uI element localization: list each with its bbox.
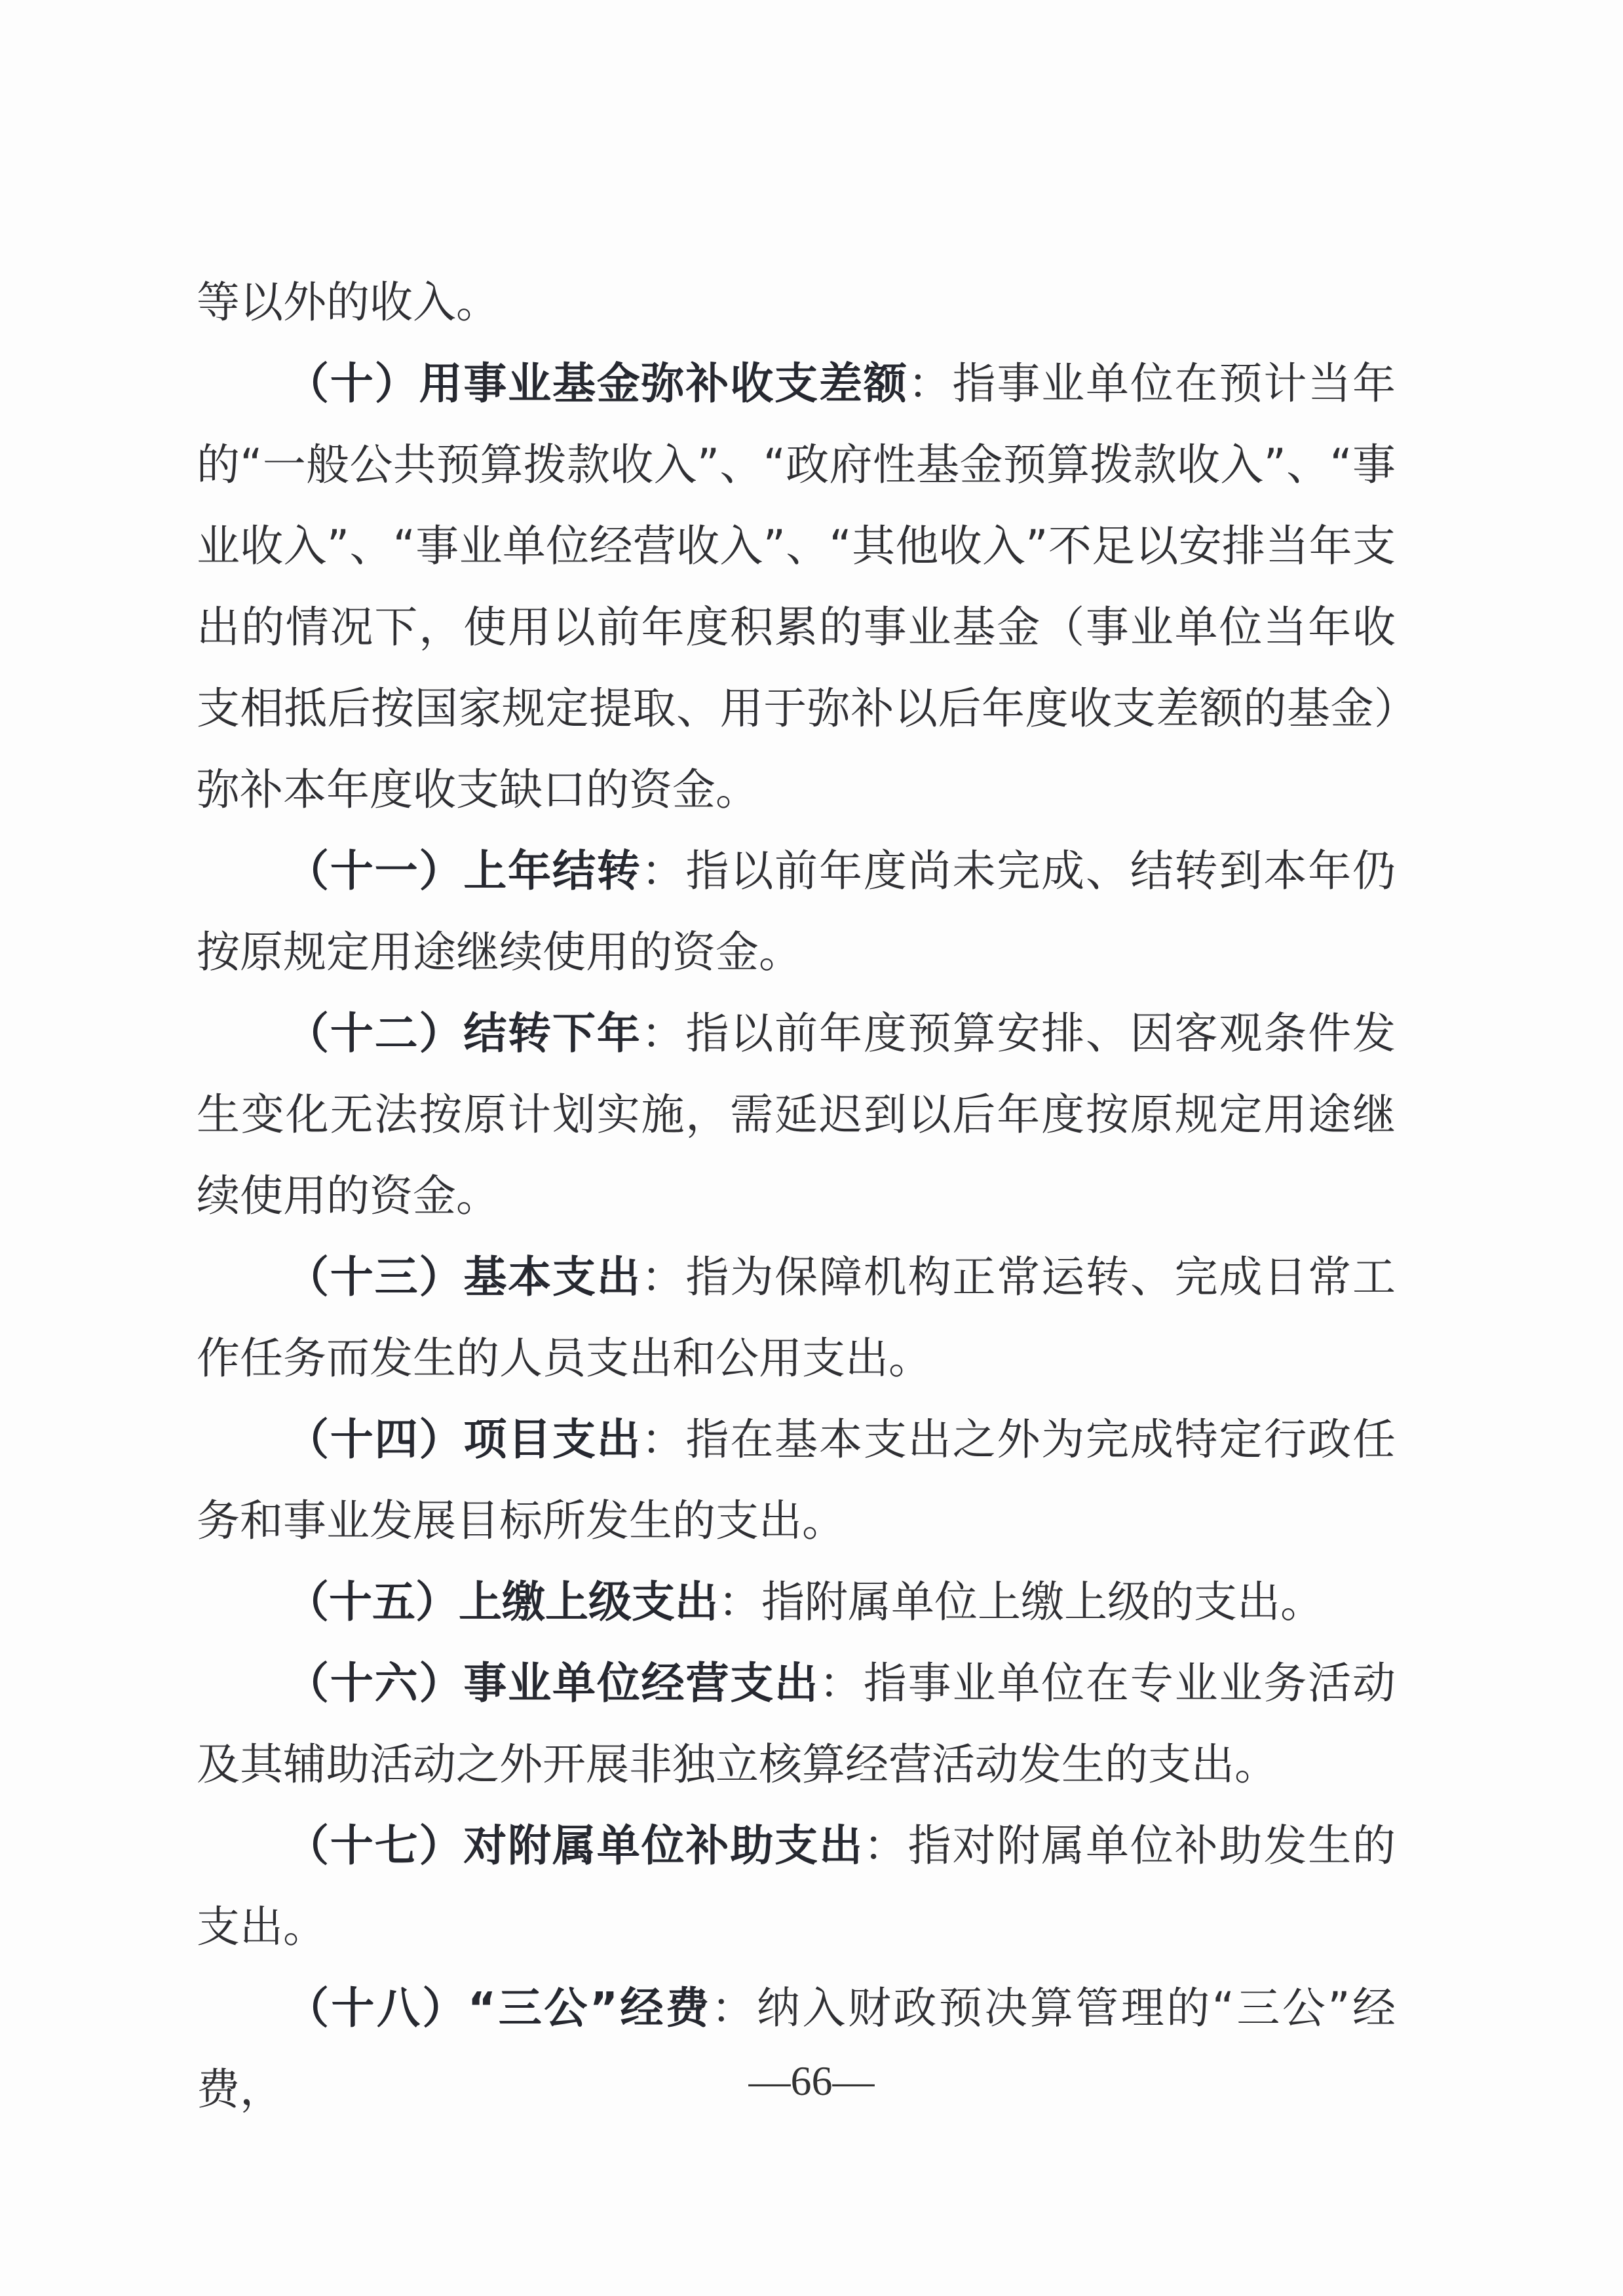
paragraph-item-16: （十六）事业单位经营支出：指事业单位在专业业务活动及其辅助活动之外开展非独立核算… [197, 1643, 1396, 1805]
item-label: （十四） [286, 1414, 463, 1465]
document-page: 等以外的收入。 （十）用事业基金弥补收支差额：指事业单位在预计当年的“一般公共预… [0, 0, 1623, 2296]
paragraph-continuation: 等以外的收入。 [197, 262, 1396, 343]
item-label: （十二） [286, 1008, 463, 1059]
item-term: 对附属单位补助支出 [463, 1820, 864, 1871]
paragraph-item-12: （十二）结转下年：指以前年度预算安排、因客观条件发生变化无法按原计划实施，需延迟… [197, 993, 1396, 1237]
paragraph-item-11: （十一）上年结转：指以前年度尚未完成、结转到本年仍按原规定用途继续使用的资金。 [197, 831, 1396, 993]
item-definition: ：指附属单位上缴上级的支出。 [718, 1577, 1324, 1627]
paragraph-item-10: （十）用事业基金弥补收支差额：指事业单位在预计当年的“一般公共预算拨款收入”、“… [197, 343, 1396, 831]
paragraph-item-15: （十五）上缴上级支出：指附属单位上缴上级的支出。 [197, 1562, 1396, 1643]
paragraph-item-13: （十三）基本支出：指为保障机构正常运转、完成日常工作任务而发生的人员支出和公用支… [197, 1237, 1396, 1399]
paragraph-item-17: （十七）对附属单位补助支出：指对附属单位补助发生的支出。 [197, 1805, 1396, 1968]
item-label: （十一） [286, 846, 463, 896]
paragraph-item-14: （十四）项目支出：指在基本支出之外为完成特定行政任务和事业发展目标所发生的支出。 [197, 1399, 1396, 1562]
item-label: （十七） [286, 1820, 463, 1871]
document-body: 等以外的收入。 （十）用事业基金弥补收支差额：指事业单位在预计当年的“一般公共预… [197, 262, 1396, 2130]
paragraph-text: 等以外的收入。 [197, 277, 499, 328]
item-term: 结转下年 [463, 1008, 641, 1059]
item-term: 上缴上级支出 [459, 1577, 718, 1627]
paragraph-item-18: （十八）“三公”经费：纳入财政预决算管理的“三公”经费， [197, 1968, 1396, 2130]
item-label: （十） [286, 358, 419, 409]
item-definition: ：指事业单位在预计当年的“一般公共预算拨款收入”、“政府性基金预算拨款收入”、“… [197, 358, 1396, 815]
page-number: —66— [0, 2057, 1623, 2105]
item-term: 事业单位经营支出 [463, 1658, 819, 1708]
item-term: 基本支出 [463, 1252, 641, 1302]
item-term: 用事业基金弥补收支差额 [419, 358, 908, 409]
item-term: 上年结转 [463, 846, 641, 896]
item-label: （十三） [286, 1252, 463, 1302]
item-term: “三公”经费 [468, 1983, 712, 2033]
item-label: （十六） [286, 1658, 463, 1708]
item-term: 项目支出 [463, 1414, 641, 1465]
item-label: （十五） [286, 1577, 459, 1627]
item-label: （十八） [286, 1983, 468, 2033]
